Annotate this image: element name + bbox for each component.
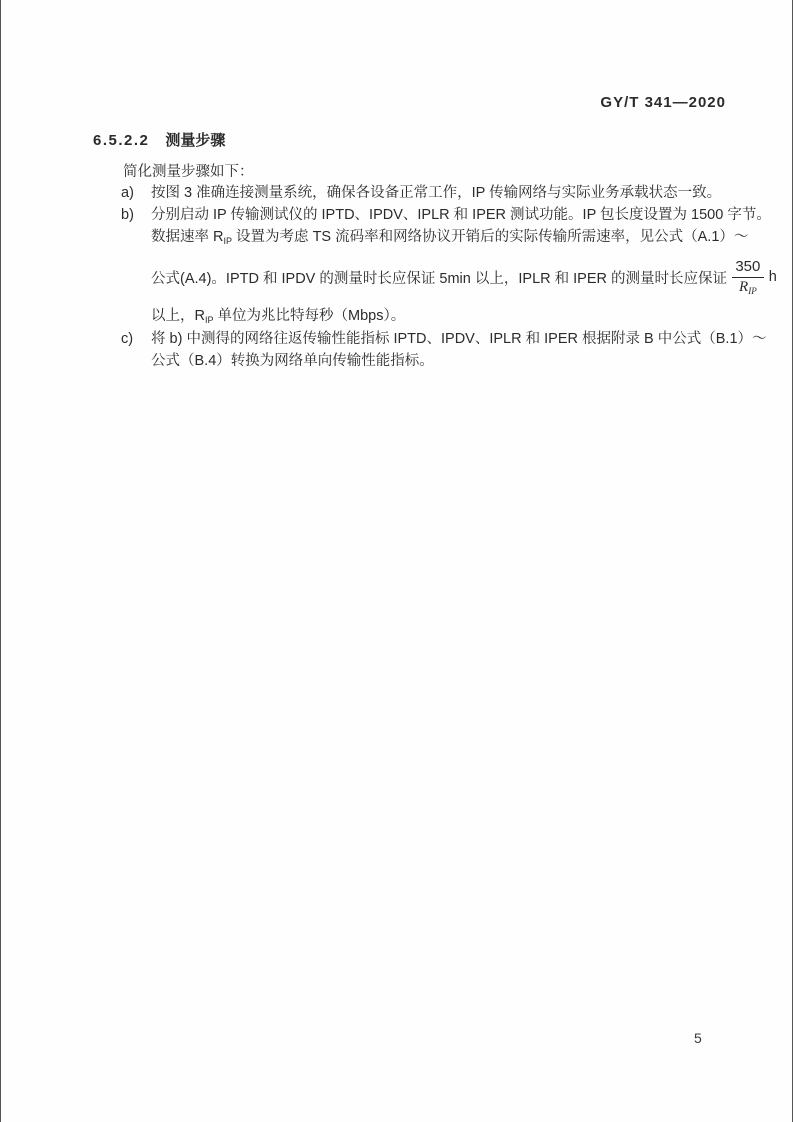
text-segment: 单位为兆比特每秒（Mbps）。 (214, 308, 406, 324)
text-line: 分别启动 IP 传输测试仪的 IPTD、IPDV、IPLR 和 IPER 测试功… (151, 204, 777, 226)
document-page: GY/T 341—2020 6.5.2.2测量步骤 简化测量步骤如下： a) 按… (0, 0, 793, 1122)
list-label-b: b) (121, 204, 151, 328)
list-item-c: c) 将 b) 中测得的网络往返传输性能指标 IPTD、IPDV、IPLR 和 … (121, 328, 761, 372)
text-line: 数据速率 RIP 设置为考虑 TS 流码率和网络协议开销后的实际传输所需速率，见… (151, 226, 777, 249)
list-content-c: 将 b) 中测得的网络往返传输性能指标 IPTD、IPDV、IPLR 和 IPE… (151, 328, 767, 372)
list-label-c: c) (121, 328, 151, 372)
intro-text: 简化测量步骤如下： (123, 160, 254, 181)
step-list: a) 按图 3 准确连接测量系统，确保各设备正常工作，IP 传输网络与实际业务承… (121, 182, 761, 372)
unit-hours: h (769, 269, 777, 285)
rip-subscript: IP (205, 315, 214, 325)
list-content-b: 分别启动 IP 传输测试仪的 IPTD、IPDV、IPLR 和 IPER 测试功… (151, 204, 777, 328)
fraction-denominator: RIP (732, 277, 764, 296)
section-number: 6.5.2.2 (93, 132, 149, 149)
text-line: 以上，RIP 单位为兆比特每秒（Mbps）。 (151, 305, 777, 328)
text-line: 按图 3 准确连接测量系统，确保各设备正常工作，IP 传输网络与实际业务承载状态… (151, 182, 761, 204)
list-label-a: a) (121, 182, 151, 204)
text-line: 公式（B.4）转换为网络单向传输性能指标。 (151, 350, 767, 372)
fraction-numerator: 350 (732, 258, 763, 276)
list-content-a: 按图 3 准确连接测量系统，确保各设备正常工作，IP 传输网络与实际业务承载状态… (151, 182, 761, 204)
formula-line: 公式(A.4)。IPTD 和 IPDV 的测量时长应保证 5min 以上，IPL… (151, 249, 777, 305)
rip-subscript: IP (224, 236, 233, 246)
denominator-base: R (739, 279, 748, 295)
denominator-subscript: IP (748, 286, 757, 296)
list-item-b: b) 分别启动 IP 传输测试仪的 IPTD、IPDV、IPLR 和 IPER … (121, 204, 761, 328)
text-segment: 数据速率 R (151, 229, 224, 245)
standard-number: GY/T 341—2020 (600, 94, 726, 111)
text-segment: 以上，R (151, 308, 205, 324)
text-segment: 公式(A.4)。IPTD 和 IPDV 的测量时长应保证 5min 以上，IPL… (151, 267, 727, 288)
section-title: 测量步骤 (165, 132, 225, 149)
fraction-350-over-rip: 350 RIP (732, 258, 764, 296)
text-segment: 设置为考虑 TS 流码率和网络协议开销后的实际传输所需速率，见公式（A.1）～ (232, 229, 748, 245)
list-item-a: a) 按图 3 准确连接测量系统，确保各设备正常工作，IP 传输网络与实际业务承… (121, 182, 761, 204)
text-line: 将 b) 中测得的网络往返传输性能指标 IPTD、IPDV、IPLR 和 IPE… (151, 328, 767, 350)
document-header: GY/T 341—2020 (600, 94, 726, 111)
section-heading: 6.5.2.2测量步骤 (93, 129, 225, 150)
page-number: 5 (694, 1030, 702, 1046)
